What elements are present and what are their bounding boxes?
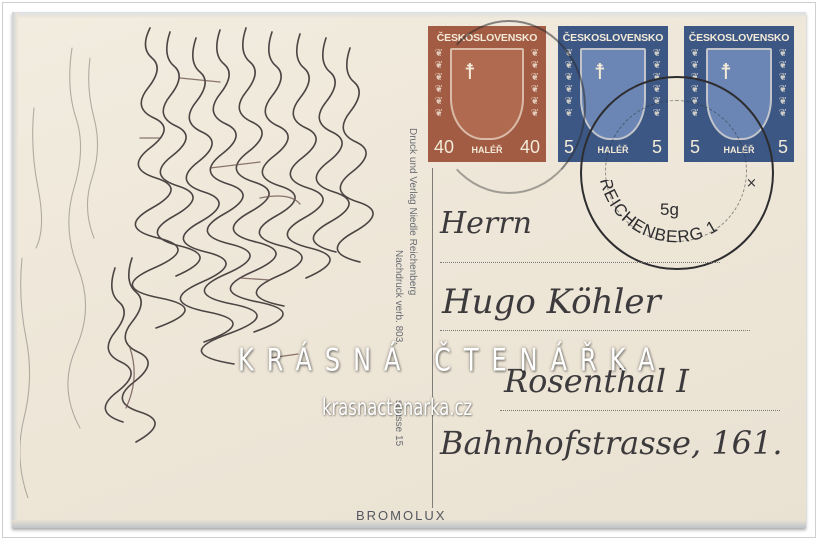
stamp-country: ČESKOSLOVENSKO bbox=[558, 32, 668, 44]
stamp-country: ČESKOSLOVENSKO bbox=[684, 32, 794, 44]
card-edge-left bbox=[12, 12, 18, 528]
address-street: Bahnhofstrasse, 161. bbox=[440, 424, 783, 462]
postmark-code: 5g bbox=[660, 200, 679, 220]
postmark-city-text: REICHENBERG 1 bbox=[590, 180, 760, 260]
publisher-text: Druck und Verlag Niedle Reichenberg bbox=[407, 128, 418, 295]
watermark-title: KRÁSNÁ ČTENÁŘKA bbox=[238, 342, 667, 378]
address-line bbox=[440, 262, 720, 263]
address-divider-line bbox=[432, 168, 433, 508]
ornament-icon: ❦❦❦❦❦❦ bbox=[775, 48, 791, 136]
card-edge-bottom bbox=[12, 520, 806, 528]
handwritten-message bbox=[20, 18, 400, 498]
brand-imprint: BROMOLUX bbox=[356, 508, 446, 520]
copyright-notice: Nachdruck verb. 803. bbox=[393, 250, 404, 345]
address-name: Hugo Köhler bbox=[442, 282, 661, 322]
postmark-partial bbox=[432, 20, 586, 194]
svg-text:REICHENBERG 1: REICHENBERG 1 bbox=[596, 180, 722, 246]
watermark-url: krasnactenarka.cz bbox=[322, 393, 472, 421]
handwriting-strokes bbox=[20, 18, 400, 498]
postmark-cross-icon: × bbox=[746, 176, 757, 191]
address-line bbox=[500, 410, 780, 411]
address-line bbox=[440, 330, 750, 331]
address-salutation: Herrn bbox=[440, 206, 532, 241]
stamp-value: 5 bbox=[778, 137, 788, 158]
